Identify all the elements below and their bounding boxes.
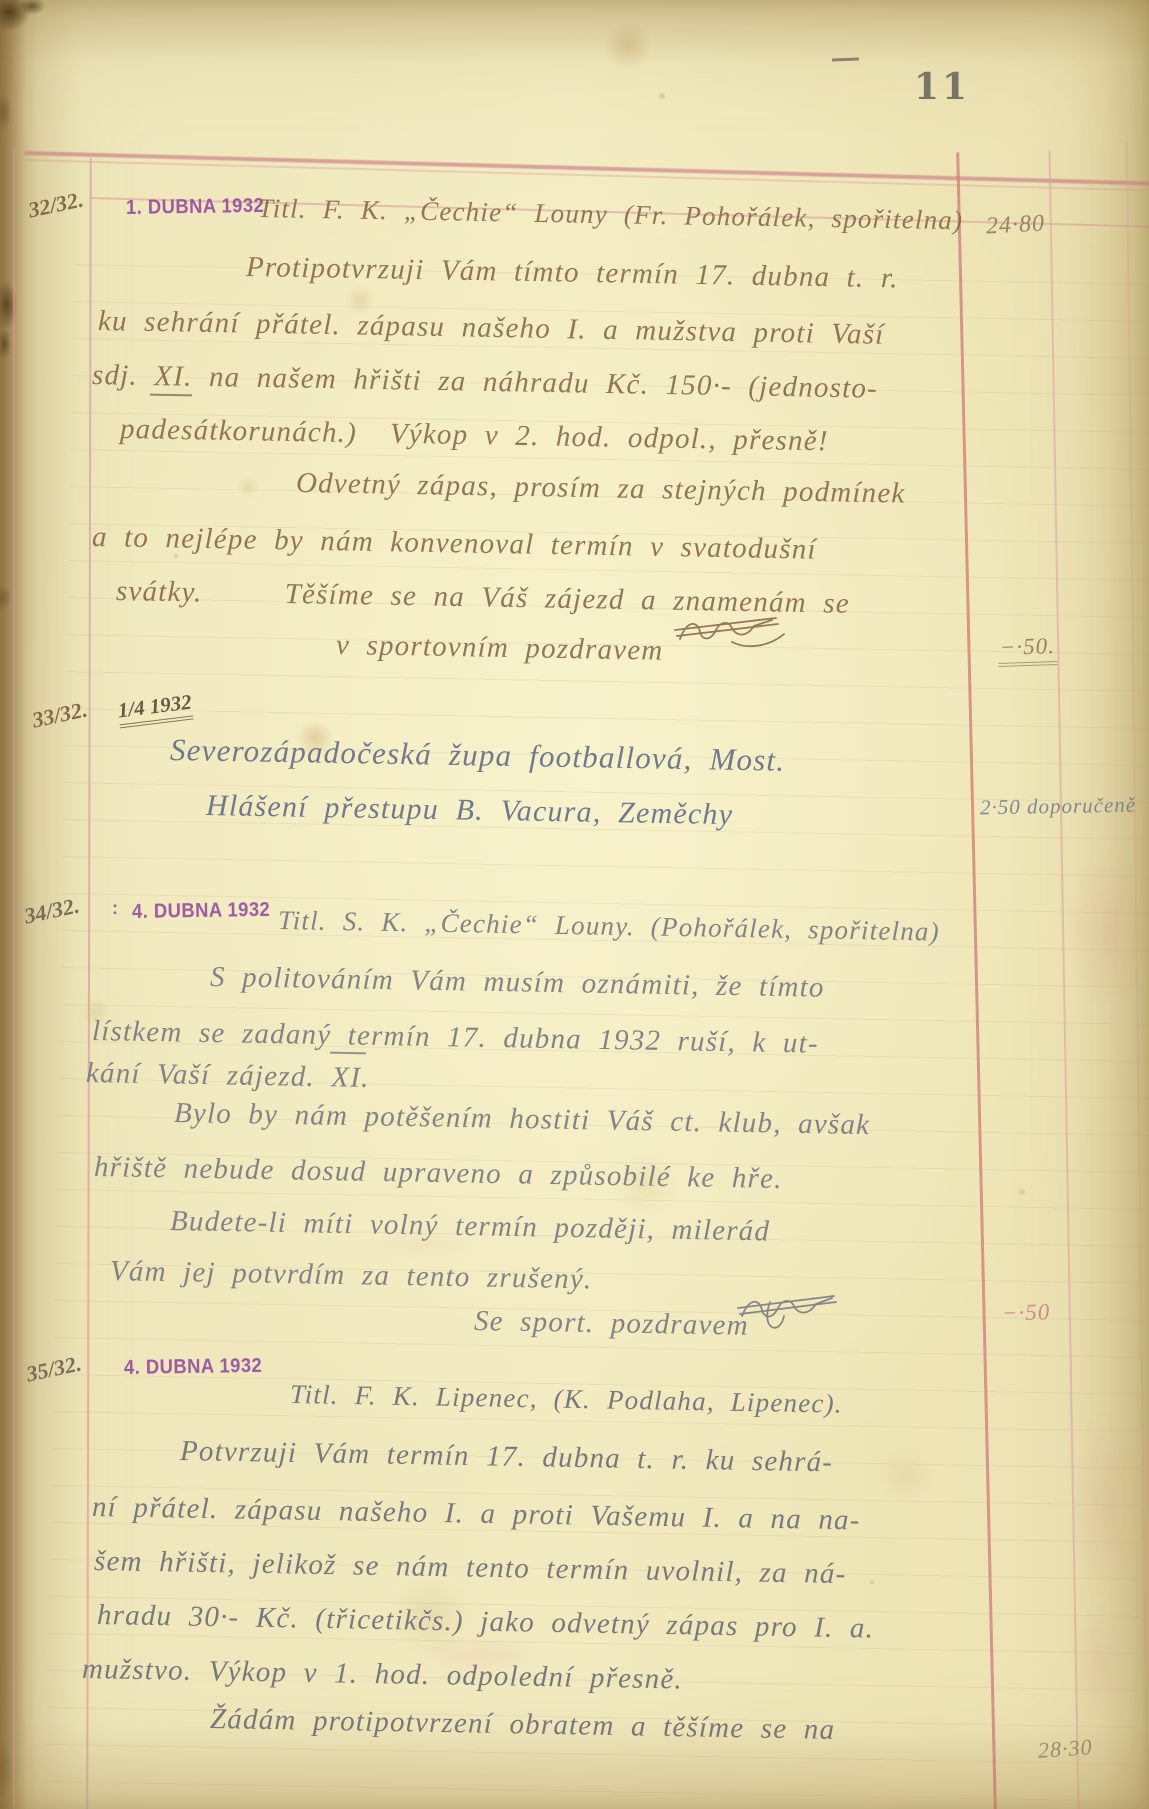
entry-35-date-stamp: 4. DUBNA 1932 (124, 1356, 262, 1378)
left-edge-rule (13, 148, 15, 1809)
entry-34-stamp-dots: : (112, 898, 118, 919)
entry-34-line: kání Vaší zájezd. XI. (86, 1058, 370, 1093)
entry-33-margin-number: 33/32. (30, 697, 90, 734)
overline-mark (330, 1052, 366, 1055)
entry-32-line: a to nejlépe by nám konvenoval termín v … (92, 522, 817, 565)
entry-35-line: ní přátel. zápasu našeho I. a proti Vaše… (92, 1492, 861, 1536)
entry-34-heading: Titl. S. K. „Čechie“ Louny. (Pohořálek, … (278, 906, 940, 946)
entry-35-heading: Titl. F. K. Lipenec, (K. Podlaha, Lipene… (290, 1380, 843, 1418)
entry-34-line: lístkem se zadaný termín 17. dubna 1932 … (92, 1016, 819, 1059)
entry-32-line: ku sehrání přátel. zápasu našeho I. a mu… (98, 306, 885, 350)
entry-35-postage-amount: 28·30 (1037, 1734, 1093, 1764)
crossed-out-signature (736, 1290, 846, 1334)
entry-32-fee-amount: −·50. (997, 633, 1057, 667)
top-rule-echo (24, 159, 1149, 191)
entry-35-margin-number: 35/32. (24, 1351, 84, 1388)
entry-32-line: Odvetný zápas, prosím za stejných podmín… (296, 468, 906, 509)
entry-32-closing: v sportovním pozdravem (336, 630, 664, 666)
entry-32-margin-number: 32/32. (26, 187, 86, 224)
right-page-edge-rule (1126, 142, 1148, 1809)
entry-34-line: Vám jej potvrdím za tento zrušený. (110, 1256, 593, 1295)
entry-34-margin-number: 34/32. (22, 893, 82, 930)
page-number: 11 (914, 66, 970, 108)
right-second-rule (1049, 150, 1080, 1809)
entry-33-postage-amount: 2·50 doporučeně (980, 793, 1137, 821)
entry-32-date-stamp: 1. DUBNA 1932 (126, 196, 264, 218)
entry-34-line: S politováním Vám musím oznámiti, že tím… (210, 962, 825, 1003)
entry-32-line: Protipotvrzuji Vám tímto termín 17. dubn… (246, 252, 899, 294)
entry-35-line: hradu 30·- Kč. (třicetikčs.) jako odvetn… (97, 1600, 875, 1644)
crossed-out-signature (672, 612, 788, 652)
entry-35-line: mužstvo. Výkop v 1. hod. odpolední přesn… (82, 1654, 683, 1695)
entry-34-line: hřiště nebude dosud upraveno a způsobilé… (94, 1152, 783, 1194)
entry-33-line: Hlášení přestupu B. Vacura, Zeměchy (206, 790, 734, 831)
entry-34-line: Budete-li míti volný termín později, mil… (170, 1206, 771, 1247)
stray-pen-mark (832, 58, 859, 62)
entry-33-handwritten-date: 1/4 1932 (116, 690, 193, 729)
entry-35-line: šem hřišti, jelikož se nám tento termín … (94, 1546, 847, 1590)
entry-34-line: Bylo by nám potěšením hostiti Váš ct. kl… (174, 1098, 871, 1141)
entry-34-fee-amount: −·50 (1002, 1299, 1051, 1327)
entry-33-line: Severozápadočeská župa footballová, Most… (170, 734, 786, 777)
entry-32-heading: Titl. F. K. „Čechie“ Louny (Fr. Pohořále… (258, 194, 964, 235)
entry-32-line: sdj. XI. na našem hřišti za náhradu Kč. … (92, 360, 878, 404)
entry-32-line: padesátkorunách.) Výkop v 2. hod. odpol.… (120, 414, 829, 457)
entry-35-line: Žádám protipotvrzení obratem a těšíme se… (210, 1704, 836, 1745)
left-column-rule (86, 158, 91, 1809)
entry-34-date-stamp: 4. DUBNA 1932 (132, 900, 270, 922)
entry-32-postage-amount: 24·80 (985, 210, 1045, 240)
ledger-page: 11 32/32. 1. DUBNA 1932 Titl. F. K. „Čec… (0, 0, 1149, 1809)
underline-mark (150, 394, 192, 397)
right-column-rule (956, 152, 996, 1809)
entry-35-line: Potvrzuji Vám termín 17. dubna t. r. ku … (180, 1436, 834, 1478)
top-rule-thick (24, 151, 1149, 185)
entry-34-closing: Se sport. pozdravem (474, 1306, 749, 1341)
